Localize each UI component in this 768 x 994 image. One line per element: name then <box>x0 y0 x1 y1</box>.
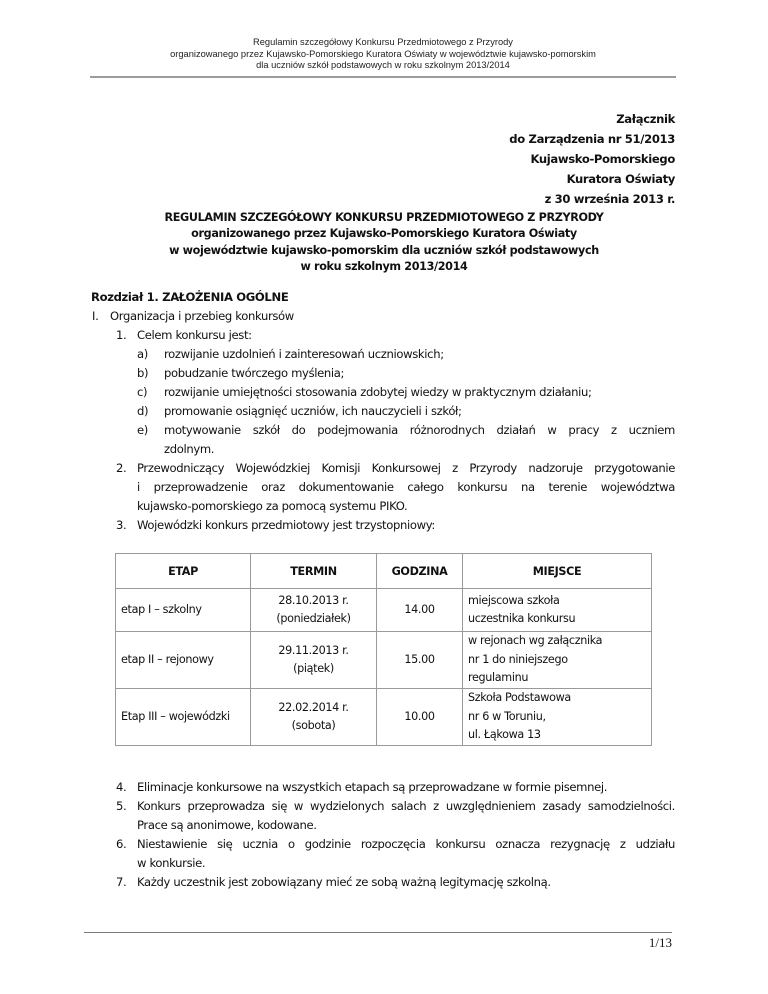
cell-etap: etap I – szkolny <box>116 589 251 632</box>
miejsce-line: ul. Łąkowa 13 <box>468 726 646 745</box>
miejsce-line: miejscowa szkoła <box>468 592 646 611</box>
termin-date: 28.10.2013 r. <box>256 592 371 611</box>
termin-day: (sobota) <box>256 717 371 736</box>
table-row: etap II – rejonowy 29.11.2013 r. (piątek… <box>116 632 652 689</box>
list-item: Każdy uczestnik jest zobowiązany mieć ze… <box>137 875 551 889</box>
attachment-line: do Zarządzenia nr 51/2013 <box>509 129 675 149</box>
list-item-continuation: w konkursie. <box>137 856 205 870</box>
item-number: 3. <box>116 518 126 532</box>
miejsce-line: Szkoła Podstawowa <box>468 689 646 708</box>
cell-godzina: 14.00 <box>377 589 463 632</box>
attachment-line: Kujawsko-Pomorskiego <box>509 149 675 169</box>
cell-miejsce: w rejonach wg załącznika nr 1 do niniejs… <box>463 632 652 689</box>
table-row: etap I – szkolny 28.10.2013 r. (poniedzi… <box>116 589 652 632</box>
running-header-line: organizowanego przez Kujawsko-Pomorskieg… <box>90 49 676 61</box>
document-title: REGULAMIN SZCZEGÓŁOWY KONKURSU PRZEDMIOT… <box>90 210 678 275</box>
miejsce-line: nr 1 do niniejszego <box>468 651 646 670</box>
list-subitem: rozwijanie uzdolnień i zainteresowań ucz… <box>164 347 444 361</box>
list-item: Konkurs przeprowadza się w wydzielonych … <box>137 799 675 813</box>
cell-etap: Etap III – wojewódzki <box>116 689 251 746</box>
termin-date: 22.02.2014 r. <box>256 699 371 718</box>
miejsce-line: regulaminu <box>468 669 646 688</box>
subitem-letter: b) <box>137 366 148 380</box>
attachment-line: Załącznik <box>509 109 675 129</box>
list-subitem: motywowanie szkół do podejmowania różnor… <box>164 423 675 437</box>
item-number: 6. <box>116 837 126 851</box>
list-subitem: rozwijanie umiejętności stosowania zdoby… <box>164 385 592 399</box>
column-header-termin: TERMIN <box>251 554 377 589</box>
item-number: 7. <box>116 875 126 889</box>
subitem-letter: a) <box>137 347 148 361</box>
attachment-line: z 30 września 2013 r. <box>509 189 675 209</box>
title-line: w roku szkolnym 2013/2014 <box>90 259 678 275</box>
title-line: w województwie kujawsko-pomorskim dla uc… <box>90 243 678 259</box>
subitem-letter: e) <box>137 423 148 437</box>
list-item-continuation: i przeprowadzenie oraz dokumentowanie ca… <box>137 480 675 494</box>
miejsce-line: nr 6 w Toruniu, <box>468 708 646 727</box>
list-subitem: pobudzanie twórczego myślenia; <box>164 366 344 380</box>
cell-termin: 28.10.2013 r. (poniedziałek) <box>251 589 377 632</box>
item-number: 4. <box>116 780 126 794</box>
stages-table: ETAP TERMIN GODZINA MIEJSCE etap I – szk… <box>115 553 652 746</box>
list-subitem-continuation: zdolnym. <box>164 442 214 456</box>
cell-etap: etap II – rejonowy <box>116 632 251 689</box>
list-item-continuation: kujawsko-pomorskiego za pomocą systemu P… <box>137 499 407 513</box>
cell-godzina: 10.00 <box>377 689 463 746</box>
footer-divider <box>84 932 672 933</box>
item-number: 1. <box>116 328 126 342</box>
document-page: Regulamin szczegółowy Konkursu Przedmiot… <box>0 0 768 994</box>
item-number: 5. <box>116 799 126 813</box>
list-item: Eliminacje konkursowe na wszystkich etap… <box>137 780 607 794</box>
cell-miejsce: Szkoła Podstawowa nr 6 w Toruniu, ul. Łą… <box>463 689 652 746</box>
page-number: 1/13 <box>649 935 672 951</box>
running-header: Regulamin szczegółowy Konkursu Przedmiot… <box>90 37 676 72</box>
column-header-miejsce: MIEJSCE <box>463 554 652 589</box>
cell-termin: 29.11.2013 r. (piątek) <box>251 632 377 689</box>
termin-day: (piątek) <box>256 660 371 679</box>
table-row: Etap III – wojewódzki 22.02.2014 r. (sob… <box>116 689 652 746</box>
list-item: Celem konkursu jest: <box>137 328 252 342</box>
cell-godzina: 15.00 <box>377 632 463 689</box>
list-item: Wojewódzki konkurs przedmiotowy jest trz… <box>137 518 435 532</box>
column-header-godzina: GODZINA <box>377 554 463 589</box>
section-title: Organizacja i przebieg konkursów <box>110 309 294 323</box>
list-item-continuation: Prace są anonimowe, kodowane. <box>137 818 317 832</box>
chapter-heading: Rozdział 1. ZAŁOŻENIA OGÓLNE <box>91 290 288 304</box>
subitem-letter: d) <box>137 404 148 418</box>
termin-day: (poniedziałek) <box>256 610 371 629</box>
column-header-etap: ETAP <box>116 554 251 589</box>
item-number: 2. <box>116 461 126 475</box>
termin-date: 29.11.2013 r. <box>256 642 371 661</box>
table-header-row: ETAP TERMIN GODZINA MIEJSCE <box>116 554 652 589</box>
title-line: REGULAMIN SZCZEGÓŁOWY KONKURSU PRZEDMIOT… <box>90 210 678 226</box>
cell-miejsce: miejscowa szkoła uczestnika konkursu <box>463 589 652 632</box>
list-item: Przewodniczący Wojewódzkiej Komisji Konk… <box>137 461 675 475</box>
title-line: organizowanego przez Kujawsko-Pomorskieg… <box>90 226 678 242</box>
attachment-line: Kuratora Oświaty <box>509 169 675 189</box>
list-item: Niestawienie się ucznia o godzinie rozpo… <box>137 837 675 851</box>
list-subitem: promowanie osiągnięć uczniów, ich nauczy… <box>164 404 462 418</box>
header-divider <box>90 76 676 78</box>
miejsce-line: w rejonach wg załącznika <box>468 632 646 651</box>
section-number: I. <box>92 309 98 323</box>
miejsce-line: uczestnika konkursu <box>468 610 646 629</box>
running-header-line: dla uczniów szkół podstawowych w roku sz… <box>90 60 676 72</box>
running-header-line: Regulamin szczegółowy Konkursu Przedmiot… <box>90 37 676 49</box>
subitem-letter: c) <box>137 385 147 399</box>
cell-termin: 22.02.2014 r. (sobota) <box>251 689 377 746</box>
attachment-note: Załącznik do Zarządzenia nr 51/2013 Kuja… <box>509 109 675 209</box>
